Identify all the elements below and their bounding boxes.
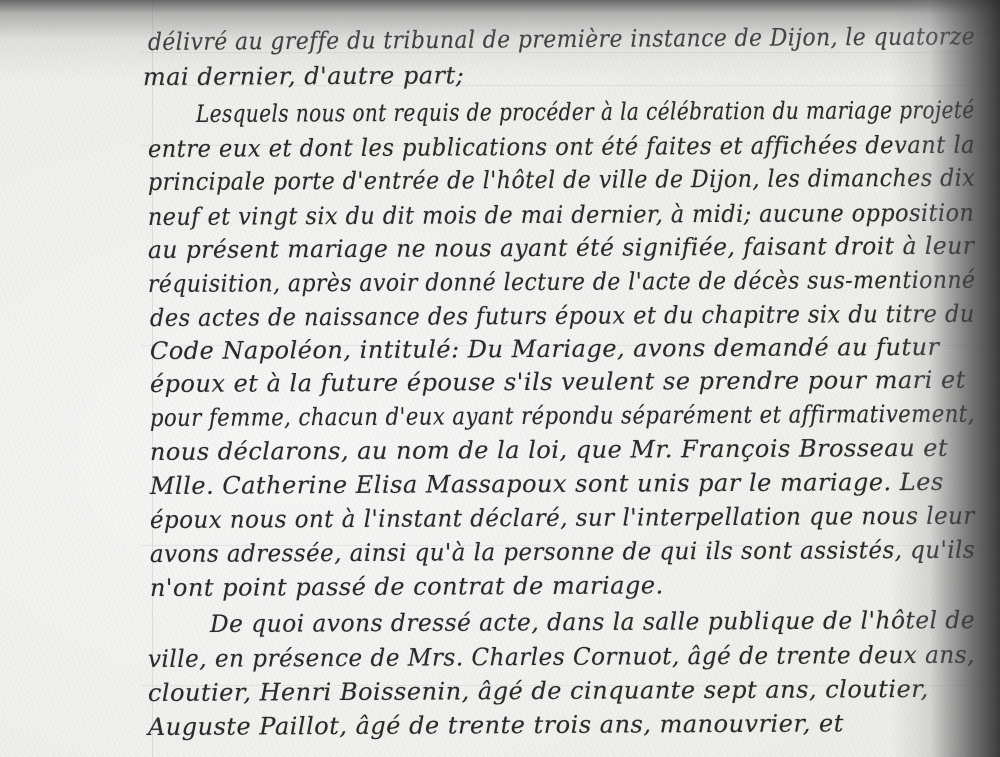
text-line-17: n'ont point passé de contrat de mariage. (150, 571, 664, 602)
document-scan: délivré au greffe du tribunal de premièr… (0, 0, 1000, 757)
text-line-13: nous déclarons, au nom de la loi, que Mr… (150, 434, 948, 466)
text-line-10: Code Napoléon, intitulé: Du Mariage, avo… (150, 333, 940, 365)
text-line-5: principale porte d'entrée de l'hôtel de … (148, 164, 975, 196)
text-line-15: époux nous ont à l'instant déclaré, sur … (150, 502, 975, 534)
text-line-21: Auguste Paillot, âgé de trente trois ans… (148, 709, 844, 741)
text-line-1: délivré au greffe du tribunal de premièr… (148, 22, 975, 56)
handwritten-text: délivré au greffe du tribunal de premièr… (0, 0, 1000, 757)
text-line-12: pour femme, chacun d'eux ayant répondu s… (150, 400, 975, 432)
text-line-11: époux et à la future épouse s'ils veulen… (150, 366, 966, 398)
text-line-3: Lesquels nous ont requis de procéder à l… (196, 96, 975, 128)
text-line-4: entre eux et dont les publications ont é… (148, 131, 975, 163)
text-line-6: neuf et vingt six du dit mois de mai der… (148, 199, 975, 231)
text-line-20: cloutier, Henri Boissenin, âgé de cinqua… (148, 675, 929, 707)
text-line-16: avons adressée, ainsi qu'à la personne d… (150, 536, 975, 568)
text-line-14: Mlle. Catherine Elisa Massapoux sont uni… (150, 468, 944, 500)
text-line-19: ville, en présence de Mrs. Charles Cornu… (148, 641, 975, 673)
text-line-8: réquisition, après avoir donné lecture d… (148, 266, 976, 298)
text-line-18: De quoi avons dressé acte, dans la salle… (210, 606, 975, 638)
text-line-9: des actes de naissance des futurs époux … (150, 300, 975, 332)
text-line-7: au présent mariage ne nous ayant été sig… (148, 232, 975, 264)
text-line-2: mai dernier, d'autre part; (143, 61, 465, 91)
